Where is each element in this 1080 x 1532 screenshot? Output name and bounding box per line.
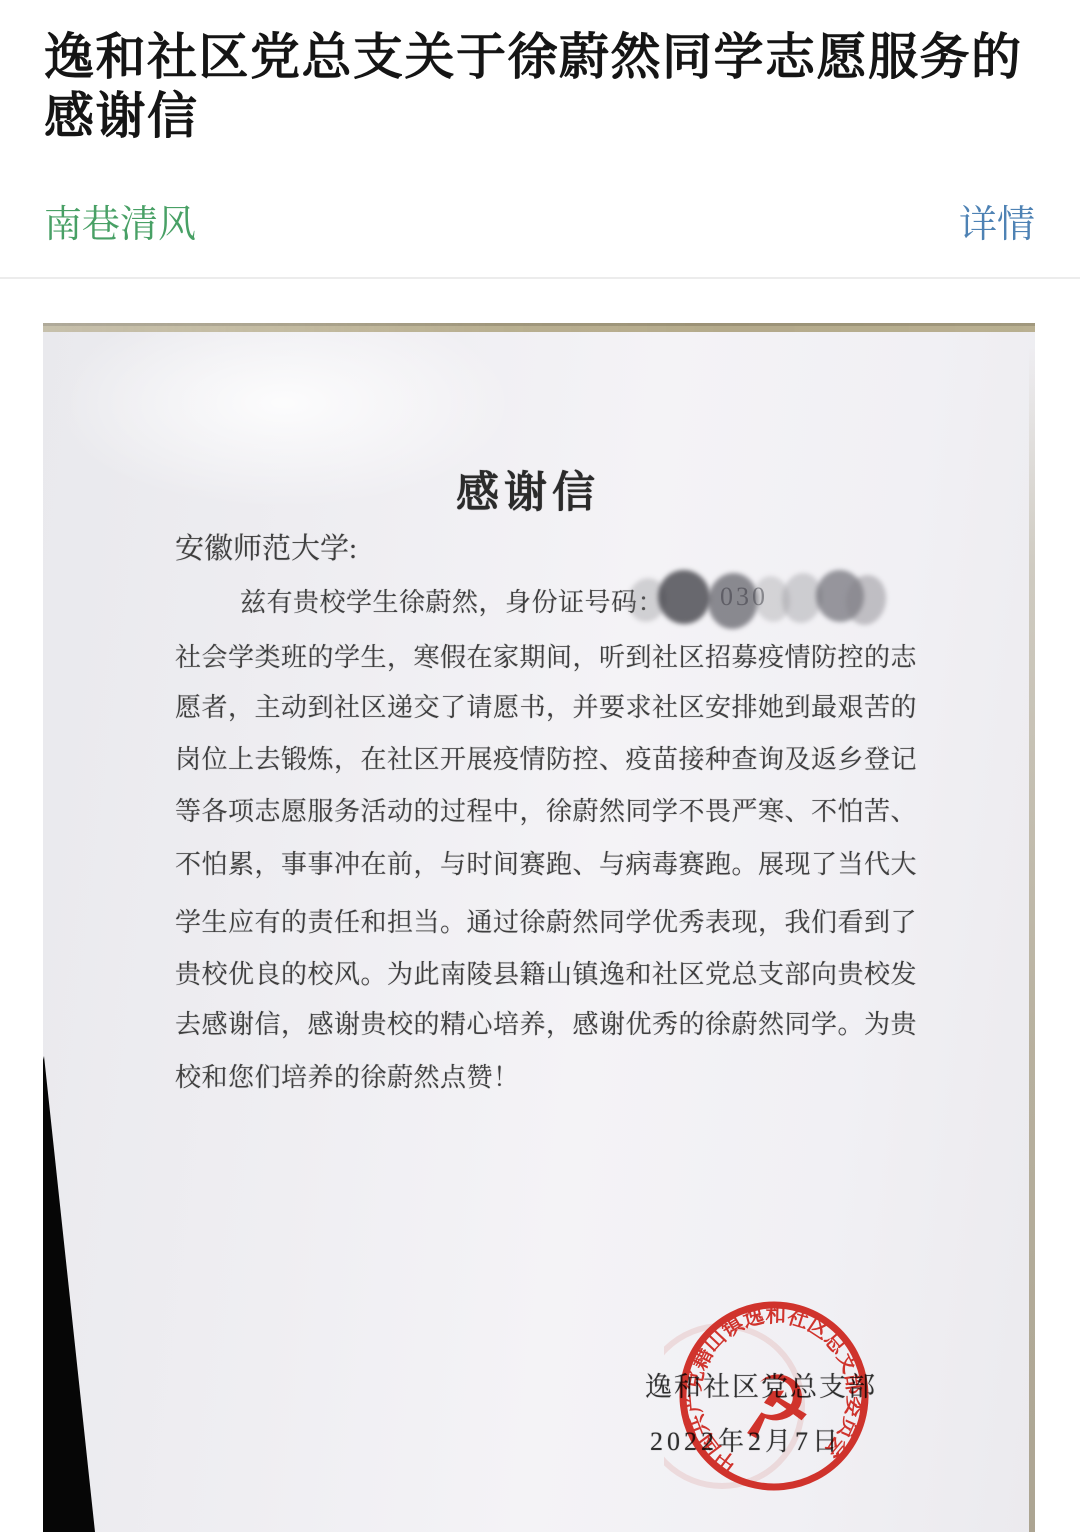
letter-photo[interactable]: 感谢信 安徽师范大学: 兹有贵校学生徐蔚然，身份证号码： 030 社会学类班的学… bbox=[43, 323, 1035, 1532]
source-account-link[interactable]: 南巷清风 bbox=[44, 201, 196, 249]
letter-body-line: 等各项志愿服务活动的过程中，徐蔚然同学不畏严寒、不怕苦、 bbox=[175, 791, 935, 828]
letter-body-line: 去感谢信，感谢贵校的精心培养，感谢优秀的徐蔚然同学。为贵 bbox=[175, 1004, 935, 1041]
letter-body-line: 贵校优良的校风。为此南陵县籍山镇逸和社区党总支部向贵校发 bbox=[175, 954, 935, 991]
letter-title: 感谢信 bbox=[43, 459, 1013, 520]
letter-salutation: 安徽师范大学: bbox=[175, 526, 357, 567]
article-meta-row: 南巷清风 详情 bbox=[44, 201, 1035, 249]
letter-body-line: 社会学类班的学生，寒假在家期间，听到社区招募疫情防控的志 bbox=[175, 637, 935, 674]
letter-body-line: 不怕累，事事冲在前，与时间赛跑、与病毒赛跑。展现了当代大 bbox=[175, 844, 935, 881]
letter-body-line: 岗位上去锻炼，在社区开展疫情防控、疫苗接种查询及返乡登记 bbox=[175, 739, 935, 776]
article-title: 逸和社区党总支关于徐蔚然同学志愿服务的感谢信 bbox=[44, 28, 1040, 146]
letter-body-line: 校和您们培养的徐蔚然点赞！ bbox=[175, 1057, 935, 1094]
scribble-blob bbox=[654, 567, 713, 628]
detail-link[interactable]: 详情 bbox=[959, 201, 1035, 249]
scribble-blob bbox=[705, 571, 761, 632]
header-divider bbox=[0, 277, 1080, 279]
hammer-and-sickle-icon: ☭ bbox=[733, 1354, 818, 1459]
redacted-id-number: 030 bbox=[628, 568, 890, 630]
paper-right-edge bbox=[1029, 323, 1035, 1532]
paper-top-edge bbox=[43, 323, 1035, 332]
letter-body-line: 学生应有的责任和担当。通过徐蔚然同学优秀表现，我们看到了 bbox=[175, 902, 935, 939]
letter-body-line: 愿者，主动到社区递交了请愿书，并要求社区安排她到最艰苦的 bbox=[175, 687, 935, 724]
official-seal-stamp: 中国共产党籍山镇逸和社区总支部委员会 ☭ bbox=[664, 1286, 884, 1506]
